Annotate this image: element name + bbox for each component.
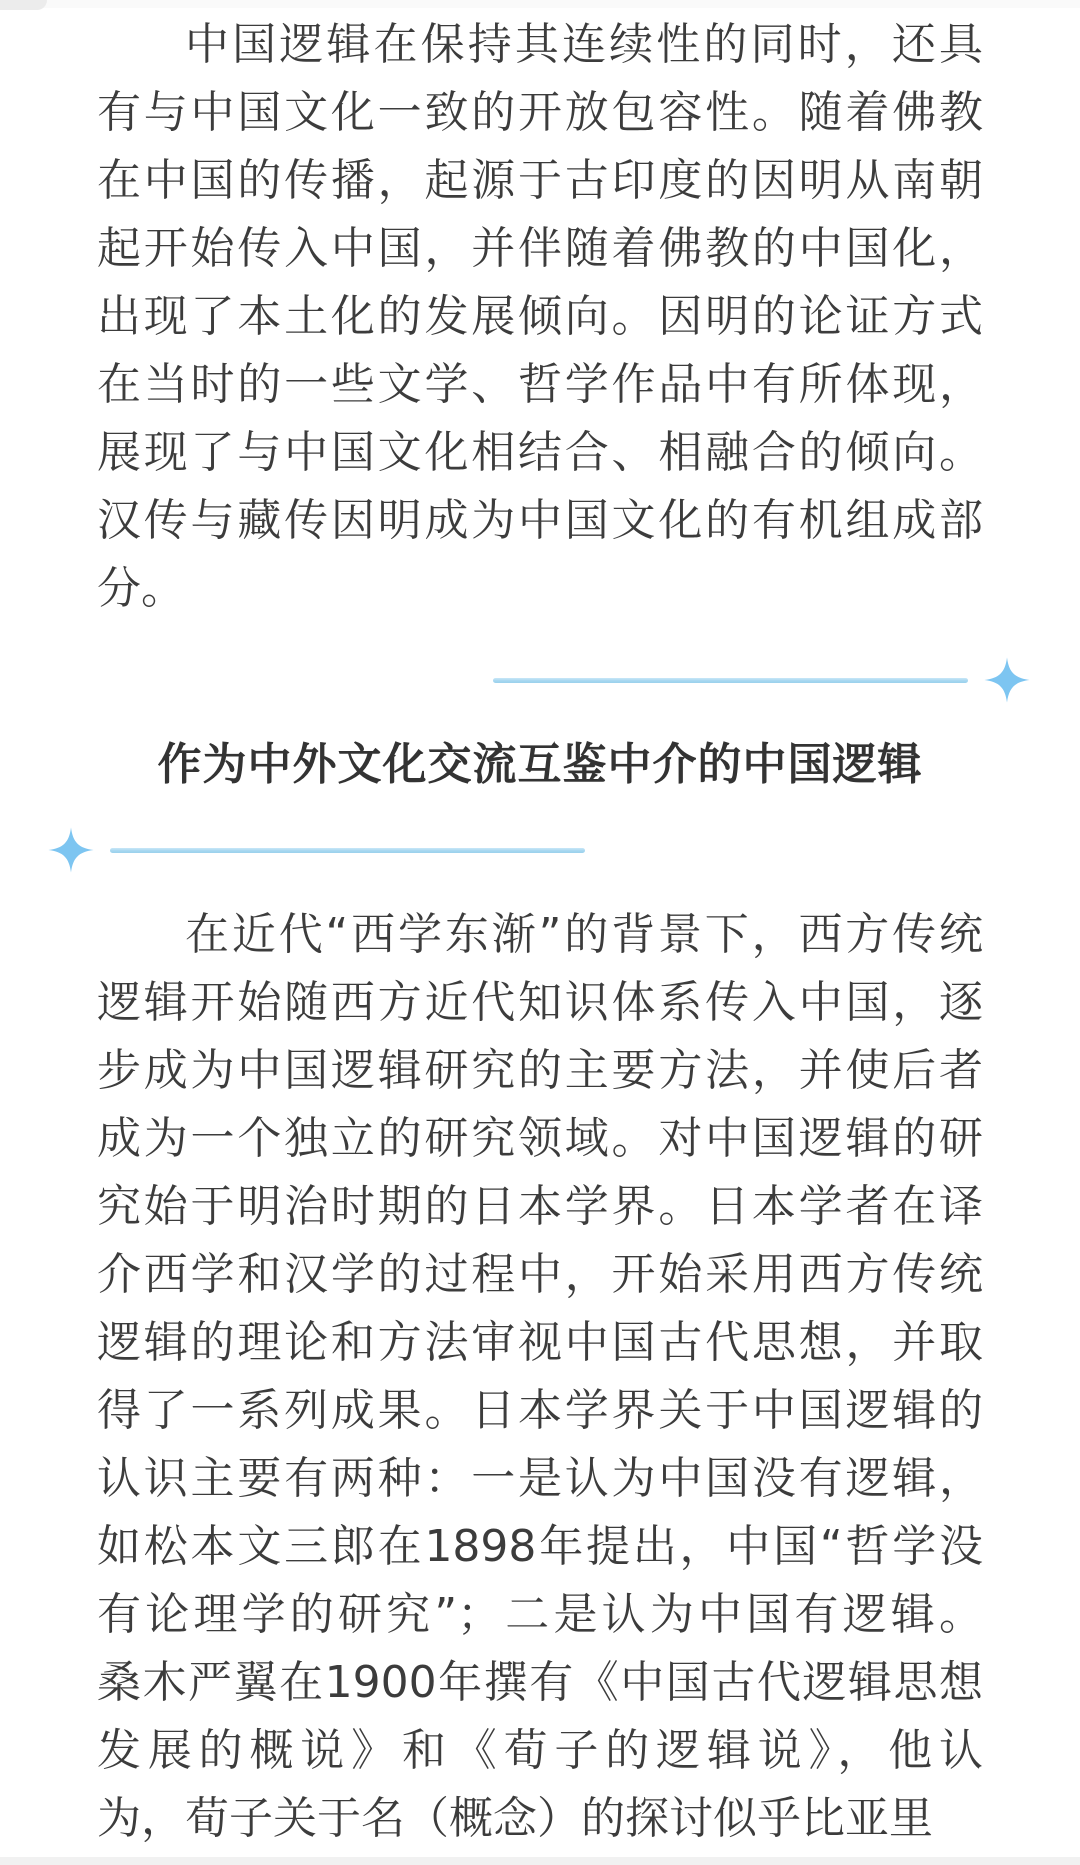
text-line: 逻辑的理论和方法审视中国古代思想，并取: [97, 1309, 983, 1377]
article-body: 中国逻辑在保持其连续性的同时，还具 有与中国文化一致的开放包容性。随着佛教 在中…: [0, 11, 1080, 1853]
text-line: 如松本文三郎在1898年提出，中国“哲学没: [97, 1513, 983, 1581]
text-line: 汉传与藏传因明成为中国文化的有机组成部: [97, 487, 983, 555]
page-bottom-edge: [0, 1857, 1080, 1865]
section-heading: 作为中外文化交流互鉴中介的中国逻辑: [0, 731, 1080, 799]
text-line: 发展的概说》和《荀子的逻辑说》，他认: [97, 1717, 983, 1785]
paragraph-1: 中国逻辑在保持其连续性的同时，还具 有与中国文化一致的开放包容性。随着佛教 在中…: [0, 11, 1080, 623]
text-line: 介西学和汉学的过程中，开始采用西方传统: [97, 1241, 983, 1309]
text-line: 成为一个独立的研究领域。对中国逻辑的研: [97, 1105, 983, 1173]
text-line: 起开始传入中国，并伴随着佛教的中国化，: [97, 215, 983, 283]
text-line: 在当时的一些文学、哲学作品中有所体现，: [97, 351, 983, 419]
divider-line: [110, 848, 585, 853]
text-line: 桑木严翼在1900年撰有《中国古代逻辑思想: [97, 1649, 983, 1717]
text-line: 有论理学的研究”；二是认为中国有逻辑。: [97, 1581, 983, 1649]
text-line: 分。: [97, 555, 983, 623]
text-line: 在中国的传播，起源于古印度的因明从南朝: [97, 147, 983, 215]
sparkle-icon: [48, 821, 94, 879]
paragraph-2: 在近代“西学东渐”的背景下，西方传统 逻辑开始随西方近代知识体系传入中国，逐 步…: [0, 901, 1080, 1853]
section-divider-top: [0, 652, 1080, 708]
sparkle-icon: [984, 651, 1030, 709]
text-line: 有与中国文化一致的开放包容性。随着佛教: [97, 79, 983, 147]
text-line: 出现了本土化的发展倾向。因明的论证方式: [97, 283, 983, 351]
divider-line: [493, 678, 968, 683]
section-divider-bottom: [0, 822, 1080, 878]
text-line: 中国逻辑在保持其连续性的同时，还具: [97, 11, 983, 79]
page-top-edge: [0, 0, 1080, 8]
text-line: 步成为中国逻辑研究的主要方法，并使后者: [97, 1037, 983, 1105]
text-line: 为，荀子关于名（概念）的探讨似乎比亚里: [97, 1785, 983, 1853]
text-line: 展现了与中国文化相结合、相融合的倾向。: [97, 419, 983, 487]
text-line: 在近代“西学东渐”的背景下，西方传统: [97, 901, 983, 969]
page-corner-top-left: [0, 0, 47, 10]
text-line: 逻辑开始随西方近代知识体系传入中国，逐: [97, 969, 983, 1037]
text-line: 究始于明治时期的日本学界。日本学者在译: [97, 1173, 983, 1241]
text-line: 得了一系列成果。日本学界关于中国逻辑的: [97, 1377, 983, 1445]
text-line: 认识主要有两种：一是认为中国没有逻辑，: [97, 1445, 983, 1513]
